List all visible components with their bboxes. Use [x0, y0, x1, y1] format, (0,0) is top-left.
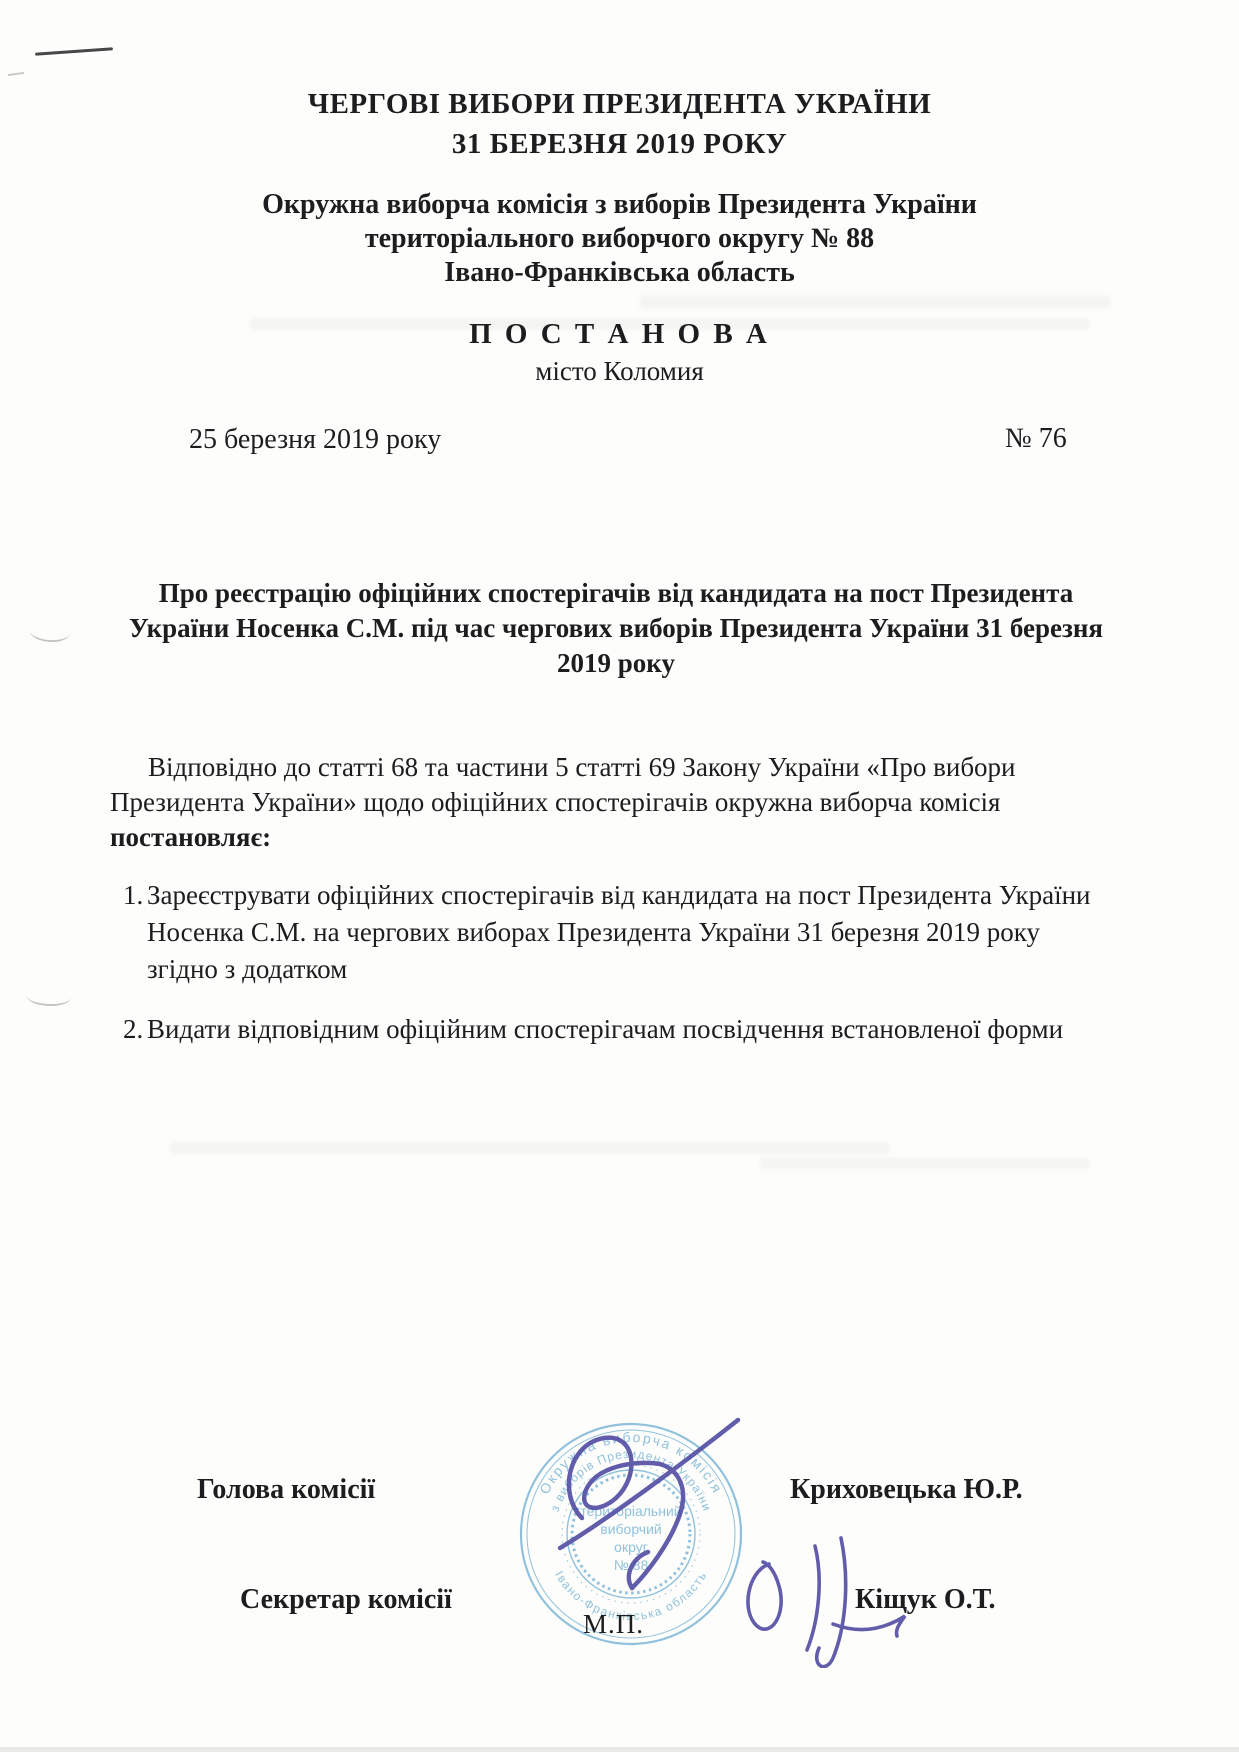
margin-curve-artifact: [29, 621, 70, 644]
signature-name-chairman: Криховецька Ю.Р.: [790, 1474, 1023, 1506]
margin-curve-artifact: [27, 987, 72, 1007]
item-text: Зареєструвати офіційних спостерігачів ві…: [147, 877, 1113, 988]
document-city: місто Коломия: [0, 356, 1239, 387]
resolution-item: 1. Зареєструвати офіційних спостерігачів…: [110, 877, 1120, 988]
document-number: № 76: [1005, 423, 1067, 455]
seal-place-note: М.П.: [583, 1609, 644, 1640]
preamble-resolves-word: постановляє:: [110, 822, 271, 852]
document-subject: Про реєстрацію офіційних спостерігачів в…: [112, 576, 1120, 681]
signature-role-secretary: Секретар комісії: [240, 1584, 452, 1616]
election-title: ЧЕРГОВІ ВИБОРИ ПРЕЗИДЕНТА УКРАЇНИ 31 БЕР…: [0, 84, 1239, 164]
election-title-line1: ЧЕРГОВІ ВИБОРИ ПРЕЗИДЕНТА УКРАЇНИ: [0, 84, 1239, 124]
commission-name-line1: Окружна виборча комісія з виборів Презид…: [0, 188, 1239, 222]
preamble-text: Відповідно до статті 68 та частини 5 ста…: [110, 752, 1016, 817]
bleedthrough-artifact: [170, 1142, 890, 1154]
bleedthrough-artifact: [760, 1158, 1090, 1169]
signature-name-secretary: Кіщук О.Т.: [855, 1584, 996, 1616]
bleedthrough-artifact: [640, 295, 1110, 309]
commission-name-line2: територіального виборчого округу № 88: [0, 222, 1239, 256]
preamble: Відповідно до статті 68 та частини 5 ста…: [110, 750, 1118, 855]
item-number: 2.: [123, 1011, 143, 1048]
signature-role-chairman: Голова комісії: [197, 1474, 375, 1506]
pen-mark-artifact: [35, 47, 113, 55]
faint-mark-artifact: [8, 72, 24, 76]
election-title-line2: 31 БЕРЕЗНЯ 2019 РОКУ: [0, 124, 1239, 164]
item-number: 1.: [123, 877, 143, 914]
commission-name-line3: Івано-Франківська область: [0, 256, 1239, 290]
document-date: 25 березня 2019 року: [189, 424, 441, 456]
scan-edge-artifact: [0, 1747, 1239, 1752]
commission-name: Окружна виборча комісія з виборів Презид…: [0, 188, 1239, 290]
item-text: Видати відповідним офіційним спостерігач…: [147, 1011, 1113, 1048]
resolution-item: 2. Видати відповідним офіційним спостері…: [110, 1011, 1120, 1048]
document-type: П О С Т А Н О В А: [0, 318, 1239, 351]
